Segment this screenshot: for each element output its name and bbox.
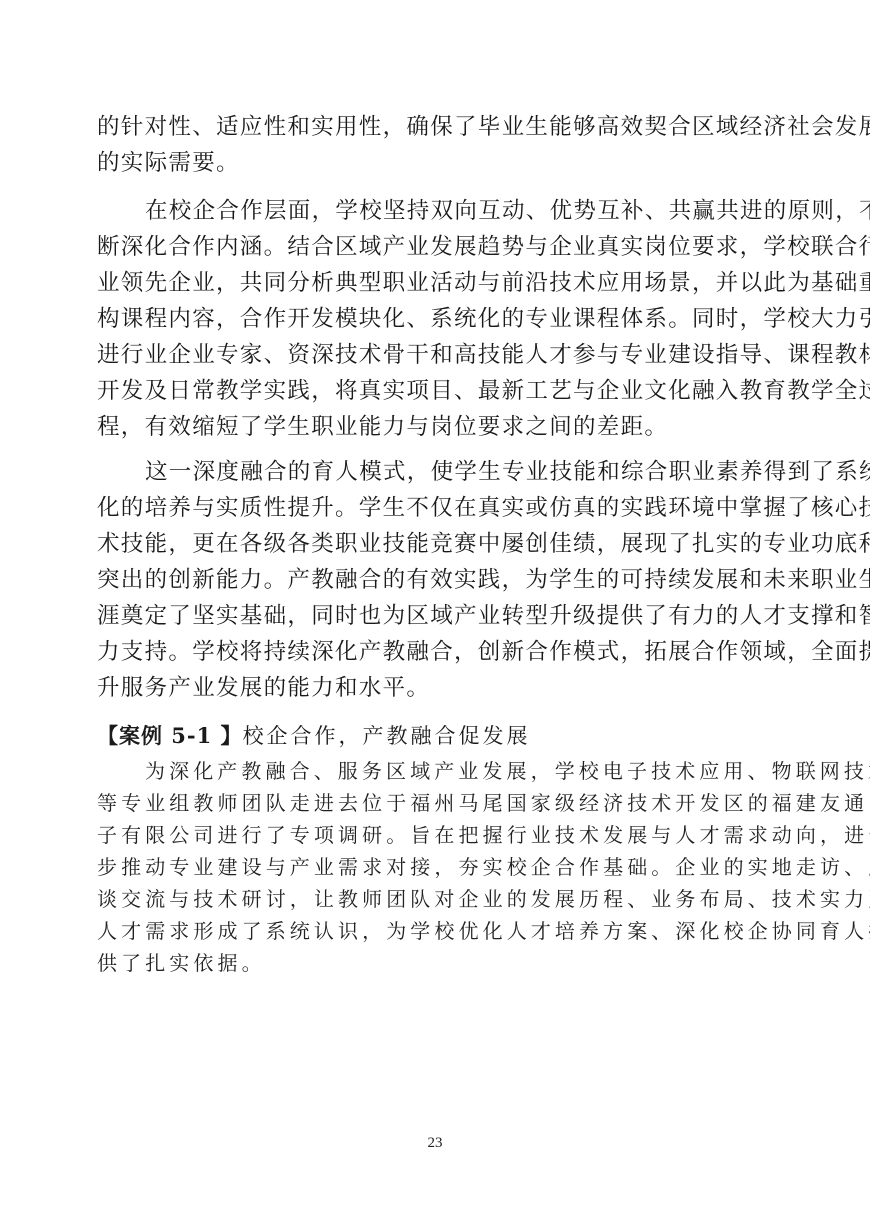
- body-text-line: 化的培养与实质性提升。学生不仅在真实或仿真的实践环境中掌握了核心技: [97, 494, 777, 522]
- case-text-line: 为深化产教融合、服务区域产业发展，学校电子技术应用、物联网技术: [145, 758, 777, 784]
- case-text-line: 谈交流与技术研讨，让教师团队对企业的发展历程、业务布局、技术实力及: [97, 886, 777, 912]
- body-text-line: 这一深度融合的育人模式，使学生专业技能和综合职业素养得到了系统: [145, 458, 777, 486]
- case-text-line: 步推动专业建设与产业需求对接，夯实校企合作基础。企业的实地走访、座: [97, 854, 777, 880]
- page-number: 23: [0, 1135, 870, 1152]
- body-text-line: 进行业企业专家、资深技术骨干和高技能人才参与专业建设指导、课程教材: [97, 341, 777, 369]
- body-text-line: 在校企合作层面，学校坚持双向互动、优势互补、共赢共进的原则，不: [145, 197, 777, 225]
- body-text-line: 涯奠定了坚实基础，同时也为区域产业转型升级提供了有力的人才支撑和智: [97, 602, 777, 630]
- body-text-line: 业领先企业，共同分析典型职业活动与前沿技术应用场景，并以此为基础重: [97, 269, 777, 297]
- case-text-line: 供了扎实依据。: [97, 950, 777, 976]
- case-heading: 【案例 5-1 】校企合作，产教融合促发展: [97, 722, 531, 750]
- case-tag: 【案例 5-1 】: [97, 723, 243, 748]
- body-text-line: 开发及日常教学实践，将真实项目、最新工艺与企业文化融入教育教学全过: [97, 377, 777, 405]
- body-text-line: 的针对性、适应性和实用性，确保了毕业生能够高效契合区域经济社会发展: [97, 113, 777, 141]
- body-text-line: 构课程内容，合作开发模块化、系统化的专业课程体系。同时，学校大力引: [97, 305, 777, 333]
- body-text-line: 断深化合作内涵。结合区域产业发展趋势与企业真实岗位要求，学校联合行: [97, 233, 777, 261]
- case-title: 校企合作，产教融合促发展: [243, 724, 531, 748]
- body-text-line: 升服务产业发展的能力和水平。: [97, 674, 777, 702]
- case-text-line: 子有限公司进行了专项调研。旨在把握行业技术发展与人才需求动向，进一: [97, 822, 777, 848]
- case-text-line: 人才需求形成了系统认识，为学校优化人才培养方案、深化校企协同育人提: [97, 918, 777, 944]
- case-text-line: 等专业组教师团队走进去位于福州马尾国家级经济技术开发区的福建友通电: [97, 790, 777, 816]
- body-text-line: 力支持。学校将持续深化产教融合，创新合作模式，拓展合作领域，全面提: [97, 638, 777, 666]
- body-text-line: 的实际需要。: [97, 149, 777, 177]
- body-text-line: 程，有效缩短了学生职业能力与岗位要求之间的差距。: [97, 413, 777, 441]
- body-text-line: 术技能，更在各级各类职业技能竞赛中屡创佳绩，展现了扎实的专业功底和: [97, 530, 777, 558]
- document-page: 的针对性、适应性和实用性，确保了毕业生能够高效契合区域经济社会发展 的实际需要。…: [0, 0, 870, 1230]
- body-text-line: 突出的创新能力。产教融合的有效实践，为学生的可持续发展和未来职业生: [97, 566, 777, 594]
